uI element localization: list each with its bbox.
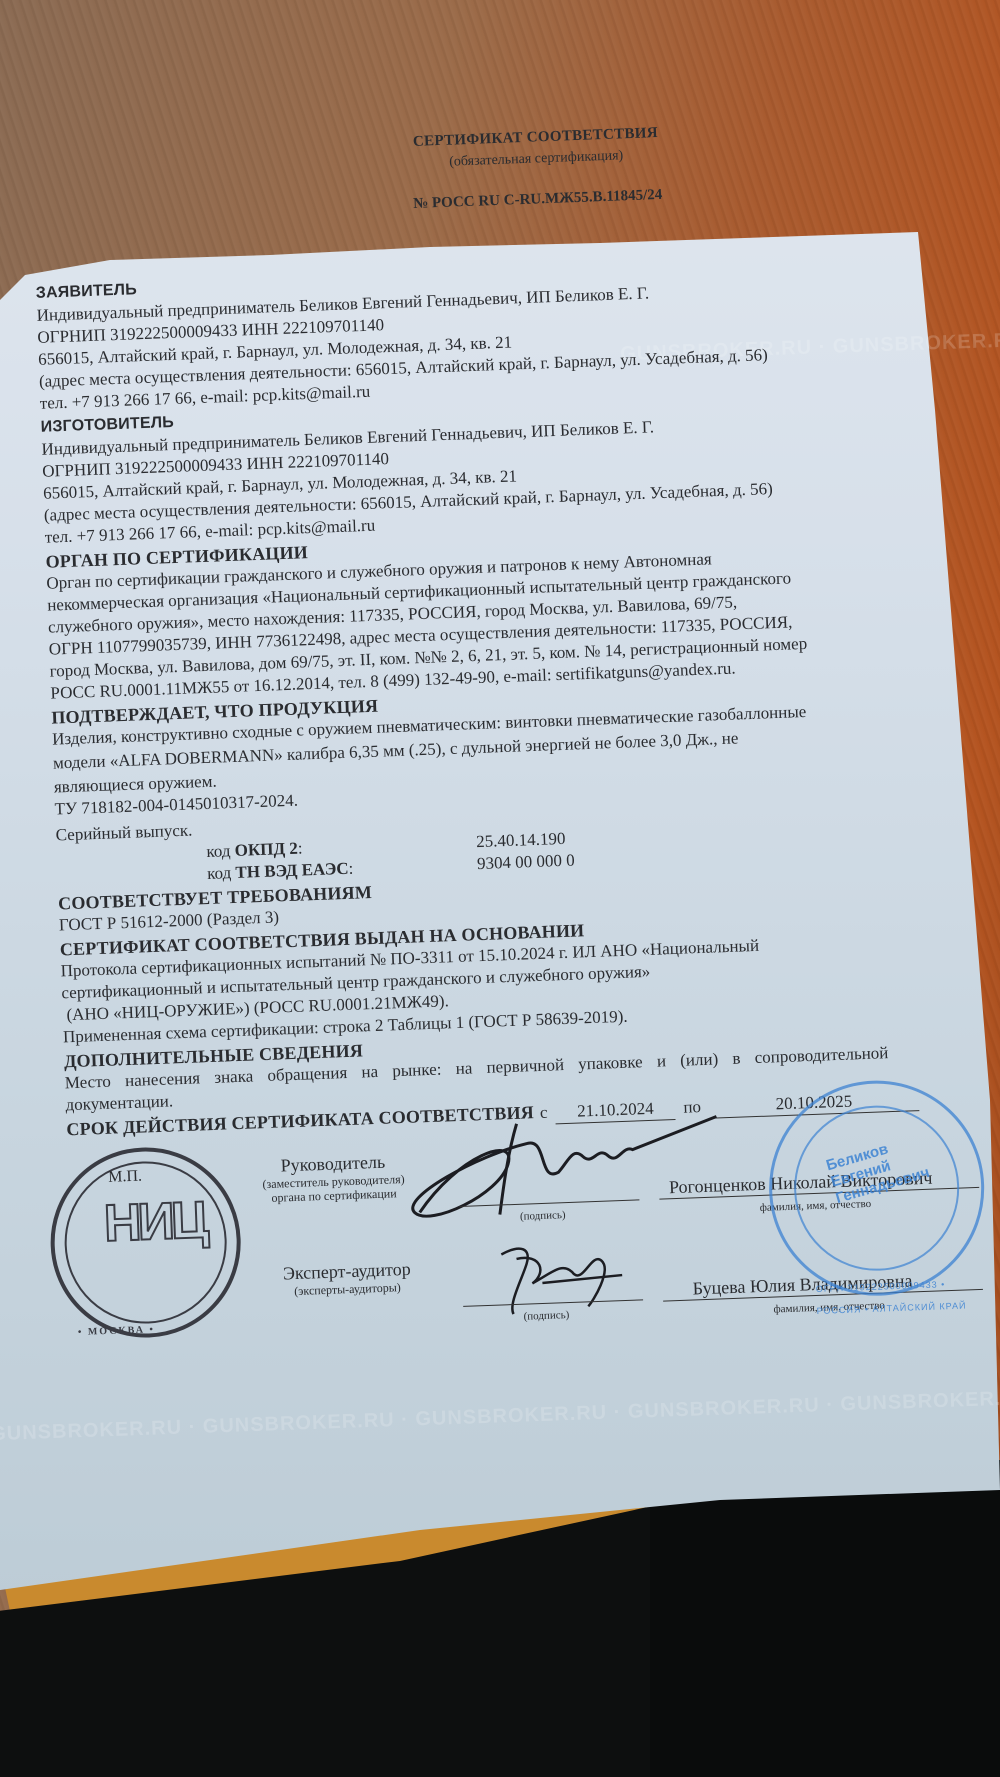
code-name: ТН ВЭД ЕАЭС: [235, 859, 349, 882]
head-signature-caption: (подпись): [520, 1204, 566, 1228]
code-prefix: код: [206, 841, 235, 861]
ip-stamp-line: Евгений: [829, 1148, 927, 1191]
stamp-ring-text: • МОСКВА •: [78, 1319, 156, 1344]
ip-stamp-ring-text: ОГРН 319222500009433 • РОССИЯ • АЛТАЙСКИ…: [815, 1272, 985, 1322]
code-suffix: :: [297, 838, 302, 857]
product-section: ПОДТВЕРЖДАЕТ, ЧТО ПРОДУКЦИЯ Изделия, кон…: [51, 671, 1000, 890]
ip-stamp-center: Беликов Евгений Геннадьевич: [824, 1131, 931, 1207]
code-value: 9304 00 000 0: [477, 850, 575, 876]
expert-role: Эксперт-аудитор (эксперты-аудиторы): [261, 1257, 432, 1299]
ip-stamp-line: Геннадьевич: [834, 1164, 932, 1207]
nic-logo-icon: НИЦ: [104, 1209, 206, 1235]
code-prefix: код: [207, 863, 236, 883]
ip-stamp-line: Беликов: [824, 1131, 922, 1174]
head-role: Руководитель (заместитель руководителя) …: [248, 1149, 420, 1205]
code-suffix: :: [348, 859, 353, 878]
expert-signature-caption: (подпись): [523, 1304, 569, 1328]
organization-stamp: НИЦ • МОСКВА •: [47, 1144, 244, 1341]
certificate-document: СЕРТИФИКАТ СООТВЕТСТВИЯ (обязательная се…: [30, 100, 1000, 1370]
stamp-place-label: М.П.: [108, 1166, 143, 1189]
signature-block: НИЦ • МОСКВА • М.П. Руководитель (замест…: [67, 1115, 1000, 1370]
code-name: ОКПД 2: [234, 839, 298, 860]
dark-fabric-background-right: [650, 1460, 1000, 1777]
